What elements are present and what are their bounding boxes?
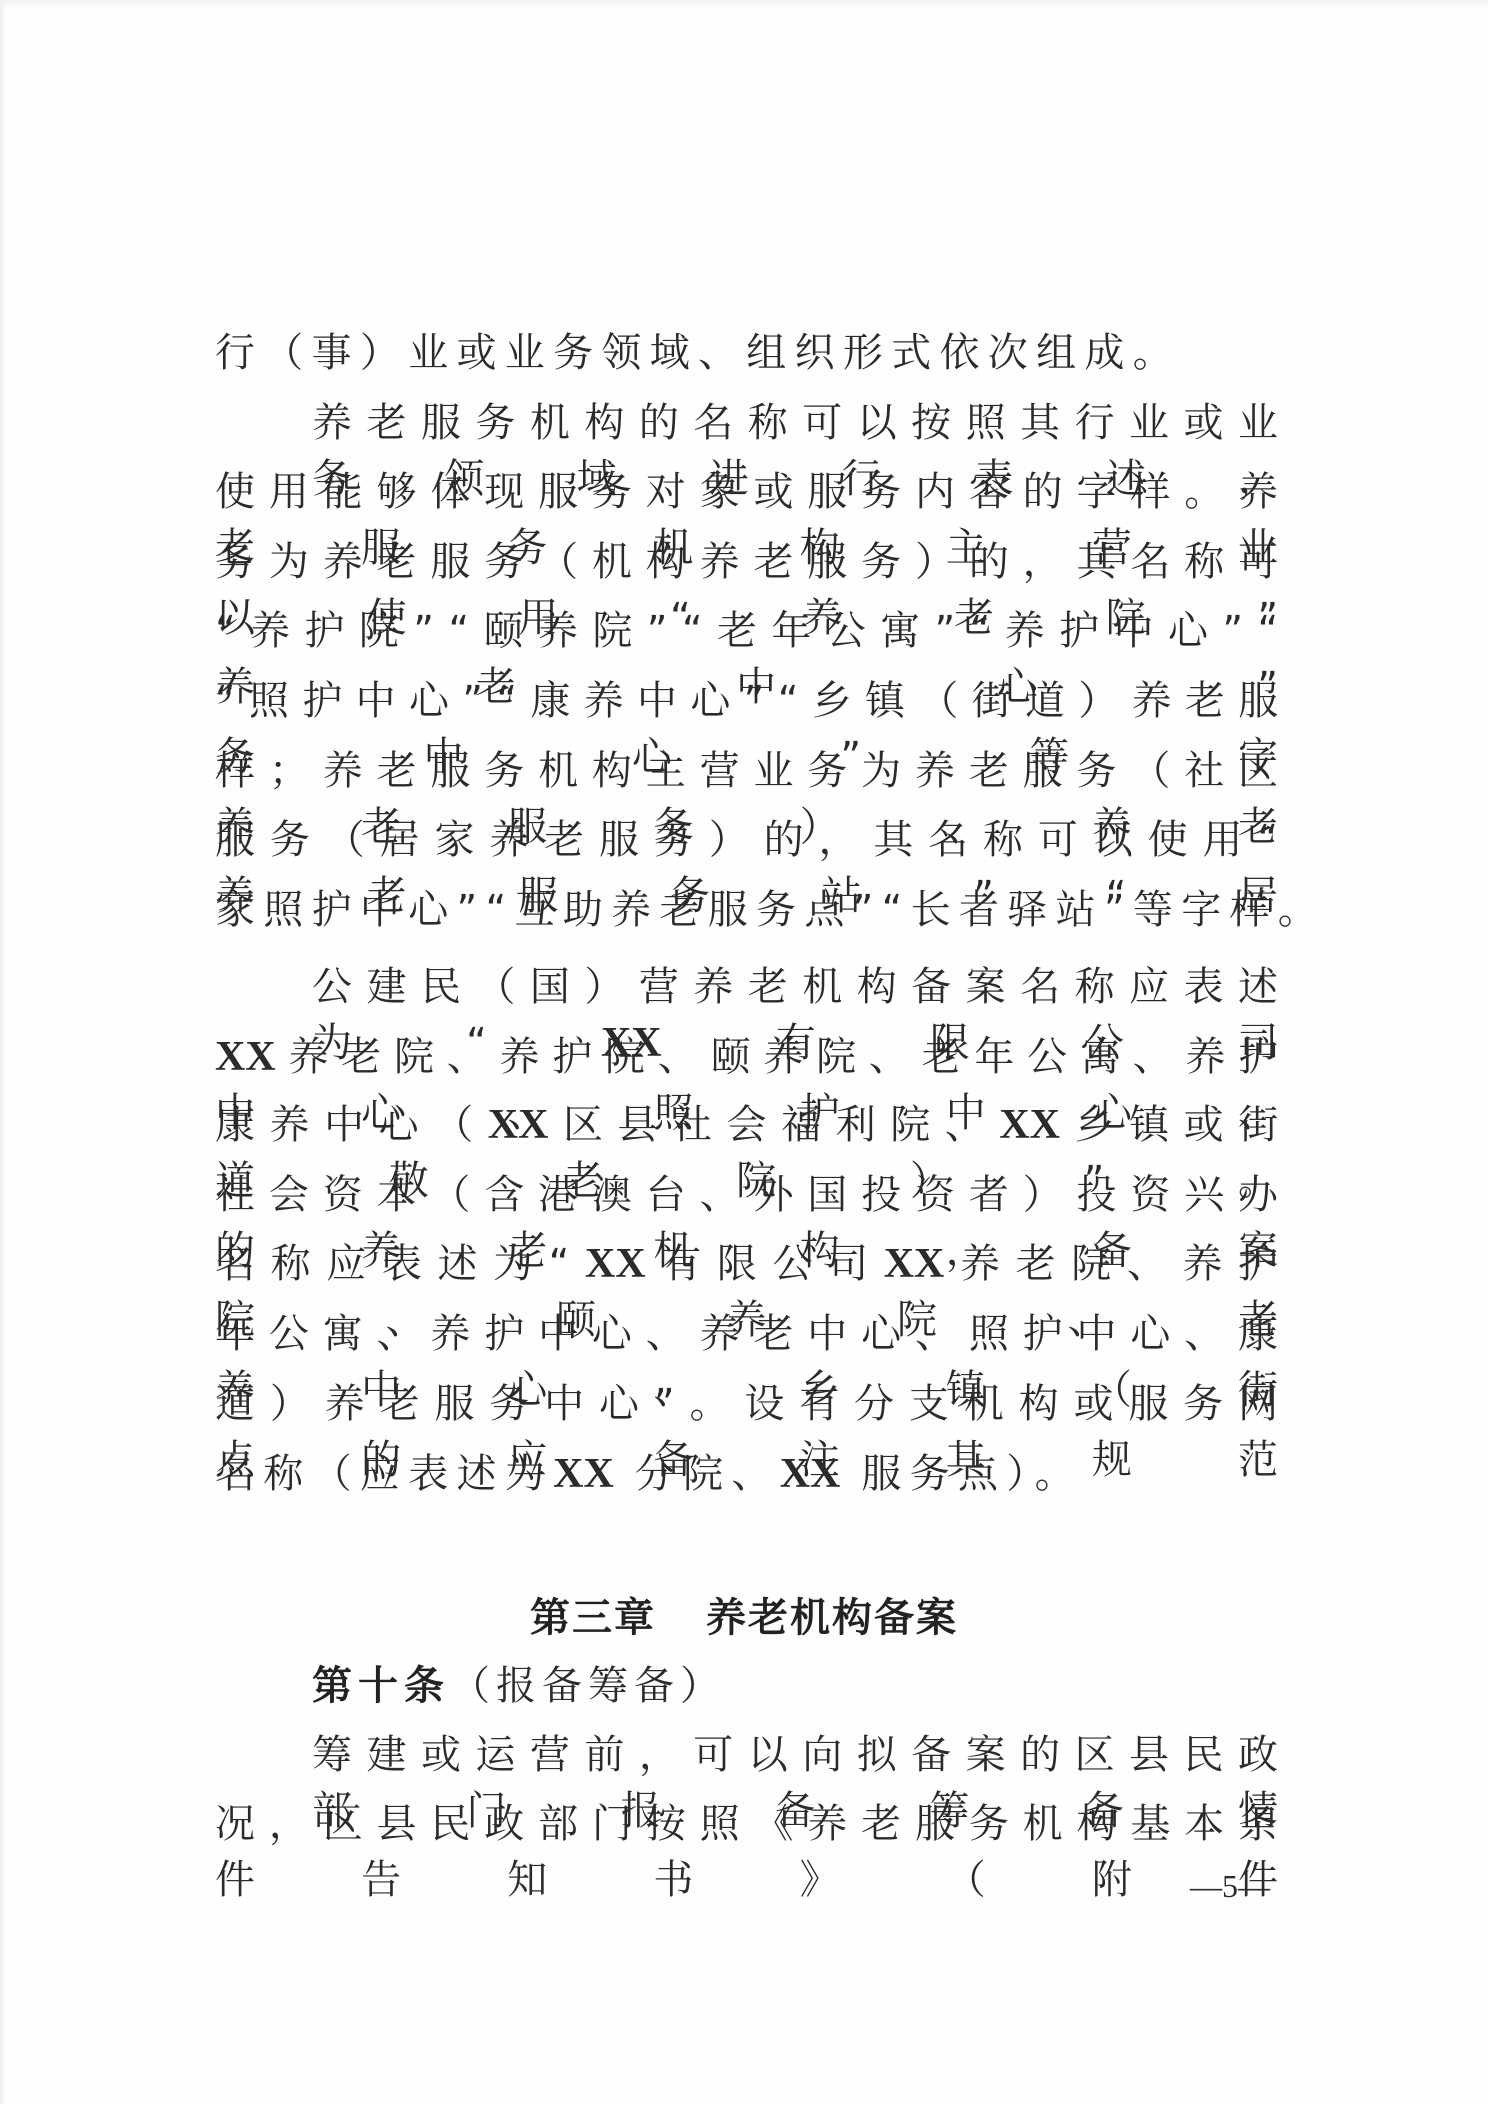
placeholder-xx: XX [215,1034,276,1080]
paragraph-line: 行（事）业或业务领域、组织形式依次组成。 [215,325,1278,381]
placeholder-xx: XX [884,1241,945,1287]
article-title: （报备筹备） [450,1663,726,1709]
paragraph-line: 公 建 民 （ 国 ） 营 养 老 机 构 备 案 名 称 应 表 述 为 “ … [312,959,1278,1015]
paragraph-line: 名称（应表述为XX 分院、XX 服务点）。 [215,1446,1278,1502]
paragraph-line: “ 照 护 中 心 ” “ 康 养 中 心 ” “ 乡 镇 （ 街 道 ） 养 … [215,673,1278,729]
placeholder-xx: XX [780,1451,841,1497]
paragraph-line: 家照护中心”“互助养老服务点”“长者驿站”等字样。 [215,882,1278,938]
chapter-heading: 第三章养老机构备案 [0,1590,1488,1646]
paragraph-line: 社 会 资 本 （ 含 港 澳 台 、 外 国 投 资 者 ） 投 资 兴 办 … [215,1167,1278,1223]
placeholder-xx: XX [585,1241,646,1287]
article-line: 筹 建 或 运 营 前 ， 可 以 向 拟 备 案 的 区 县 民 政 部 门 … [312,1727,1278,1783]
paragraph-line: 年 公 寓 、 养 护 中 心 、 养 老 中 心 、 照 护 中 心 、 康 … [215,1306,1278,1362]
paragraph-line: 务 为 养 老 服 务 （ 机 构 养 老 服 务 ） 的 ， 其 名 称 可 … [215,534,1278,590]
chapter-number: 第三章 [530,1595,656,1641]
page-number: —5— [1170,1866,1290,1906]
paragraph-line: XX 养 老 院 、 养 护 院 、 颐 养 院 、 老 年 公 寓 、 养 护… [215,1029,1278,1085]
article-heading: 第十条（报备筹备） [312,1658,726,1714]
paragraph-line: 道 ） 养 老 服 务 中 心 ” 。 设 有 分 支 机 构 或 服 务 网 … [215,1376,1278,1432]
article-label: 第十条 [312,1663,450,1709]
document-page: 行（事）业或业务领域、组织形式依次组成。 养 老 服 务 机 构 的 名 称 可… [0,0,1488,2104]
paragraph-line: 使 用 能 够 体 现 服 务 对 象 或 服 务 内 容 的 字 样 。 养 … [215,464,1278,520]
paragraph-line: 康 养 中 心 （ XX 区 县 社 会 福 利 院 、 XX 乡 镇 或 街 … [215,1097,1278,1153]
paragraph-line: 服 务 （ 居 家 养 老 服 务 ） 的 ， 其 名 称 可 以 使 用 “ … [215,812,1278,868]
paragraph-line: 养 老 服 务 机 构 的 名 称 可 以 按 照 其 行 业 或 业 务 领 … [312,395,1278,451]
placeholder-xx: XX [488,1102,549,1148]
placeholder-xx: XX [553,1451,614,1497]
chapter-title: 养老机构备案 [706,1595,958,1641]
article-line: 况 ， 区 县 民 政 部 门 按 照 《 养 老 服 务 机 构 基 本 条 … [215,1796,1278,1852]
paragraph-line: 样 ； 养 老 服 务 机 构 主 营 业 务 为 养 老 服 务 （ 社 区 … [215,743,1278,799]
paragraph-line: 名 称 应 表 述 为 “ XX 有 限 公 司 XX 养 老 院 、 养 护 … [215,1236,1278,1292]
paragraph-line: “ 养 护 院 ” “ 颐 养 院 ” “ 老 年 公 寓 ” “ 养 护 中 … [215,603,1278,659]
placeholder-xx: XX [999,1102,1060,1148]
